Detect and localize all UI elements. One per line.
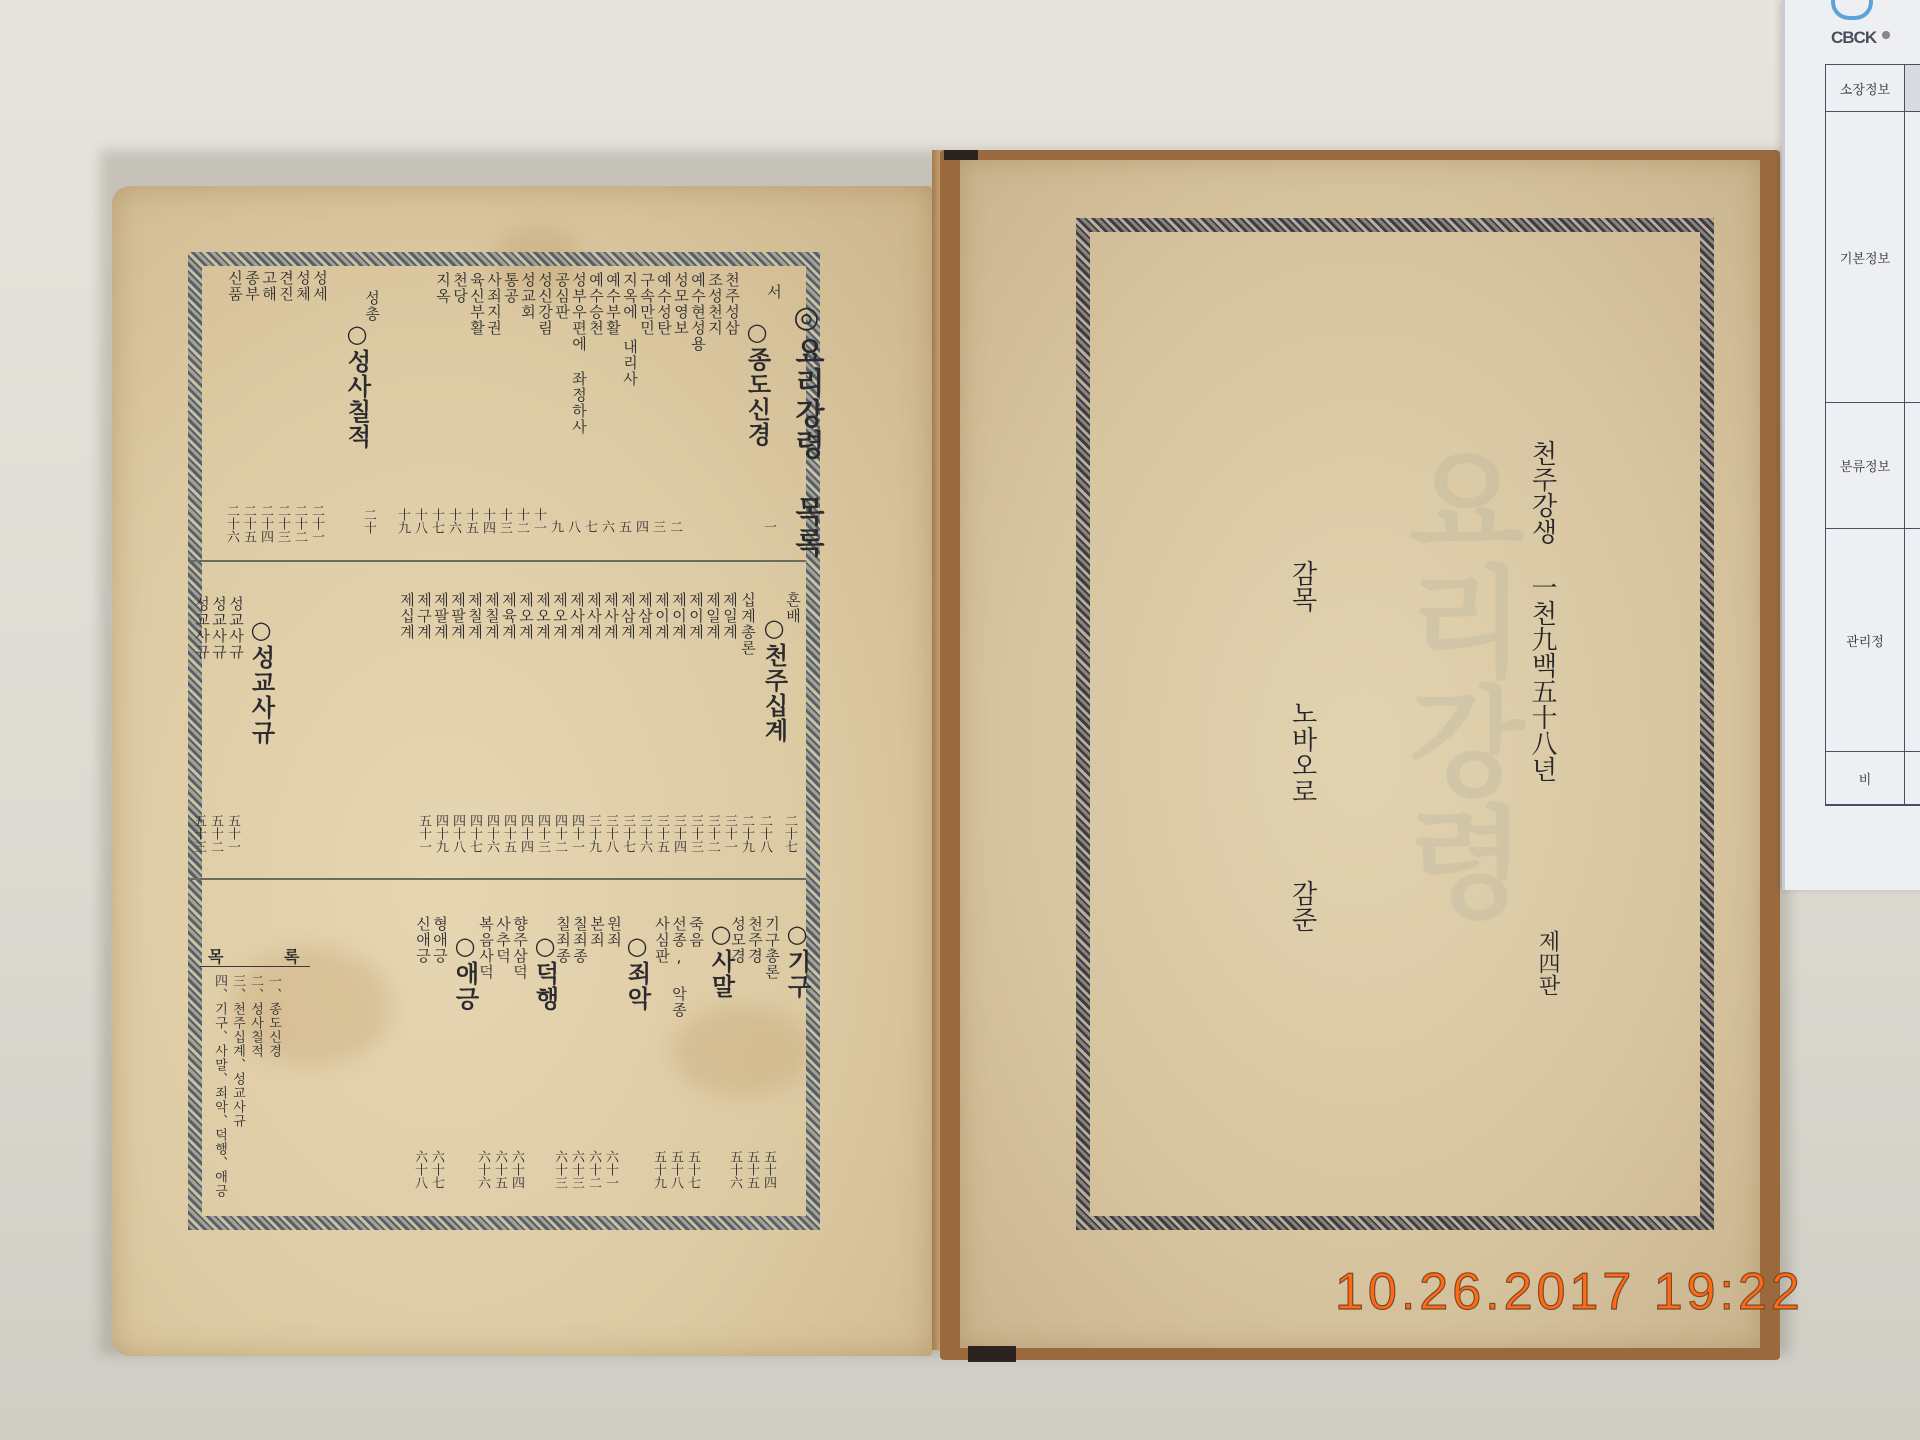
catalog-row: 비 (1826, 752, 1920, 805)
page-number: 三十三 (689, 814, 702, 853)
row-label: 관리정 (1826, 529, 1905, 751)
page-number: 五十五 (745, 1150, 758, 1189)
row-cell (1905, 112, 1920, 402)
page-number: 九 (549, 520, 562, 533)
page-number: 五十二 (209, 814, 222, 853)
page-number: 五十四 (762, 1150, 775, 1189)
catalog-row: 분류정보 (1826, 403, 1920, 529)
page-number: 十三 (498, 508, 511, 534)
page-number: 三十一 (723, 814, 736, 853)
summary-entry: 三、천주십계、성교사규 (228, 974, 247, 1128)
imprimatur-label: 감목 (1284, 560, 1321, 612)
row-label: 비 (1826, 752, 1905, 804)
page-number: 六十八 (413, 1150, 426, 1189)
page-number: 一 (762, 520, 775, 533)
section-heading-commandments: ○천주십계 (757, 614, 792, 743)
page-number: 五十三 (192, 814, 205, 853)
page-number: 五十七 (686, 1150, 699, 1189)
summary-entry: 二、성사칠적 (246, 974, 265, 1058)
summary-label: 록 (284, 944, 299, 967)
page-number: 十五 (464, 508, 477, 534)
toc-item: 십계총론 (738, 592, 759, 656)
page-number: 五十六 (728, 1150, 741, 1189)
page-number: 二十一 (310, 504, 323, 543)
page-number: 二十三 (276, 504, 289, 543)
camera-timestamp: 10.26.2017 19:22 (1335, 1262, 1804, 1322)
section-heading-creed: ○종도신경 (740, 318, 775, 447)
page-number: 四十六 (485, 814, 498, 853)
page-number: 二十五 (242, 504, 255, 543)
catalog-sheet: CBCK 소장정보 기본정보 분류정보 관리정 비 (1782, 0, 1920, 890)
page-number: 十七 (430, 508, 443, 534)
publication-date: 천주강생 一천九백五十八년 (1524, 440, 1561, 782)
row-cell (1905, 752, 1920, 804)
page-number: 三十四 (672, 814, 685, 853)
section-heading-sacraments: ○성사칠적 (340, 320, 375, 449)
toc-item: 성교사규 (192, 596, 213, 660)
page-number: 六十四 (510, 1150, 523, 1189)
catalog-row: 기본정보 (1826, 112, 1920, 403)
summary-rule (200, 966, 310, 967)
page-number: 四十九 (434, 814, 447, 853)
toc-item: 신애긍 (413, 916, 434, 964)
page-number: 四十八 (451, 814, 464, 853)
page-number: 五十一 (417, 814, 430, 853)
cbck-logo: CBCK (1831, 28, 1876, 48)
page-number: 三十七 (621, 814, 634, 853)
row-label: 소장정보 (1826, 65, 1905, 111)
page-number: 六 (600, 520, 613, 533)
page-number: 四十一 (570, 814, 583, 853)
page-number: 三十二 (706, 814, 719, 853)
catalog-table: 소장정보 기본정보 분류정보 관리정 비 (1825, 64, 1920, 806)
page-number: 六十六 (476, 1150, 489, 1189)
section-heading-sin: ○죄악 (620, 932, 655, 1011)
section-heading-prayer: ○기구 (780, 920, 815, 999)
toc-item: 제십계 (397, 592, 418, 640)
summary-entry: 一、종도신경 (264, 974, 283, 1058)
page-number: 五十九 (652, 1150, 665, 1189)
page-number: 二十六 (225, 504, 238, 543)
cross-icon (1879, 28, 1893, 42)
toc-item: 사심판 (652, 916, 673, 964)
page-number: 六十二 (587, 1150, 600, 1189)
page-number: 四十四 (519, 814, 532, 853)
page-number: 四十七 (468, 814, 481, 853)
page-number: 三十八 (604, 814, 617, 853)
page-number: 六十三 (570, 1150, 583, 1189)
page-number: 二十二 (293, 504, 306, 543)
section-heading-charity: ○애긍 (448, 932, 483, 1011)
page-number: 三 (651, 520, 664, 533)
page-number: 十四 (481, 508, 494, 534)
row-cell (1905, 529, 1920, 751)
catalog-row: 관리정 (1826, 529, 1920, 752)
logo-ring-icon (1831, 0, 1873, 20)
section-divider (190, 878, 806, 880)
row-cell (1905, 65, 1920, 111)
page-number: 二十四 (259, 504, 272, 543)
page-number: 三十五 (655, 814, 668, 853)
page-number: 四十五 (502, 814, 515, 853)
page-number: 十九 (396, 508, 409, 534)
page-number: 三十六 (638, 814, 651, 853)
corner-tape (968, 1346, 1016, 1362)
row-label: 분류정보 (1826, 403, 1905, 528)
page-number: 五十一 (226, 814, 239, 853)
summary-entry: 四、기구、사말、죄악、덕행、애긍 (210, 974, 229, 1198)
edition-label: 제四판 (1532, 930, 1563, 996)
row-cell (1905, 403, 1920, 528)
row-label: 기본정보 (1826, 112, 1905, 402)
toc-item: 성총 (362, 290, 383, 322)
page-number: 八 (566, 520, 579, 533)
section-heading-virtue: ○덕행 (528, 932, 563, 1011)
page-number: 二十 (362, 508, 375, 534)
toc-item: 서 (764, 284, 785, 300)
toc-item: 신품 (225, 270, 246, 302)
section-heading-last-things: ○사말 (704, 920, 739, 999)
bishop-name: 노바오로 (1284, 700, 1321, 804)
page-number: 四十二 (553, 814, 566, 853)
page-number: 二十九 (740, 814, 753, 853)
page-number: 二十七 (783, 814, 796, 853)
section-heading-precepts: ○성교사규 (244, 616, 279, 745)
show-through-title: 요리강령 (1370, 440, 1542, 920)
page-number: 四十三 (536, 814, 549, 853)
imprimatur-mark: 감준 (1284, 880, 1321, 932)
page-number: 六十三 (553, 1150, 566, 1189)
page-number: 十一 (532, 508, 545, 534)
page-number: 六十一 (604, 1150, 617, 1189)
page-number: 七 (583, 520, 596, 533)
summary-label: 목 (208, 944, 223, 967)
page-number: 五 (617, 520, 630, 533)
page-number: 二 (668, 520, 681, 533)
page-number: 六十七 (430, 1150, 443, 1189)
table-of-contents-frame (188, 252, 820, 1230)
page-number: 十八 (413, 508, 426, 534)
toc-title: ◎요리강령 목록 (784, 300, 828, 558)
page-number: 十六 (447, 508, 460, 534)
page-number: 三十九 (587, 814, 600, 853)
page-number: 二十八 (758, 814, 771, 853)
corner-tape (944, 150, 978, 160)
page-number: 十二 (515, 508, 528, 534)
page-number: 五十八 (669, 1150, 682, 1189)
catalog-row: 소장정보 (1826, 65, 1920, 112)
section-divider (190, 560, 806, 562)
page-number: 六十五 (493, 1150, 506, 1189)
toc-item: 지옥 (433, 272, 454, 304)
page-number: 四 (634, 520, 647, 533)
